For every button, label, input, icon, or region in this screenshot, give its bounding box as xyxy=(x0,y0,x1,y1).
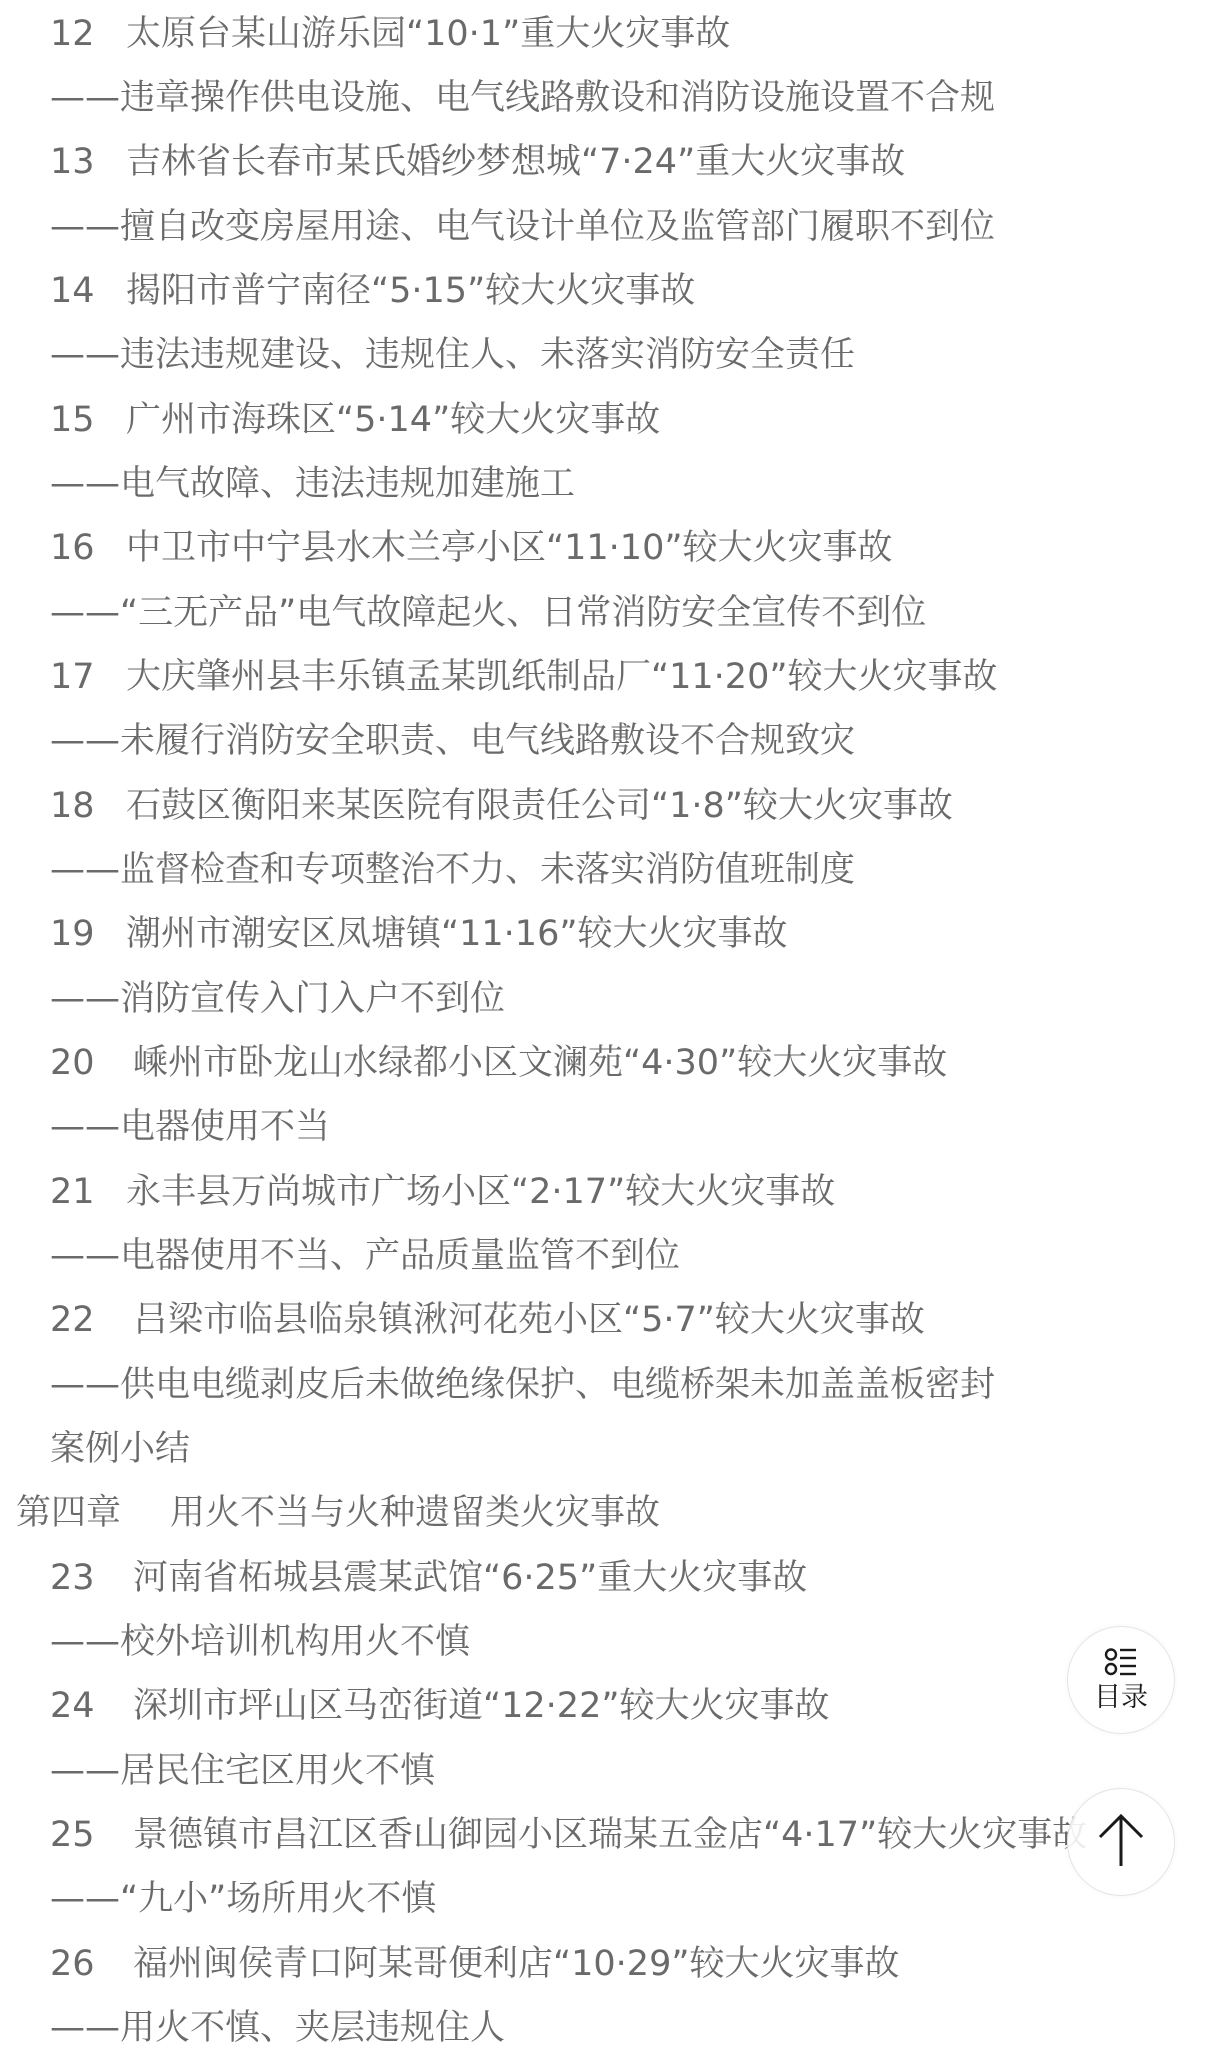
cause-text: ——电器使用不当 xyxy=(50,1095,330,1159)
list-icon xyxy=(1104,1647,1138,1681)
cause-text: ——居民住宅区用火不慎 xyxy=(50,1739,435,1803)
cause-text: ——消防宣传入门入户不到位 xyxy=(50,967,505,1031)
back-to-top-button[interactable] xyxy=(1067,1788,1175,1896)
entry-number: 14 xyxy=(50,259,95,323)
entry-title: 永丰县万尚城市广场小区“2·17”较大火灾事故 xyxy=(126,1160,835,1224)
entry-title: 嵊州市卧龙山水绿都小区文澜苑“4·30”较大火灾事故 xyxy=(133,1031,947,1095)
cause-text: ——电气故障、违法违规加建施工 xyxy=(50,452,575,516)
entry-title: 深圳市坪山区马峦街道“12·22”较大火灾事故 xyxy=(133,1674,829,1738)
entry-number: 15 xyxy=(50,388,95,452)
entry-title: 景德镇市昌江区香山御园小区瑞某五金店“4·17”较大火灾事故 xyxy=(133,1803,1087,1867)
cause-text: ——校外培训机构用火不慎 xyxy=(50,1610,470,1674)
entry-title: 吉林省长春市某氏婚纱梦想城“7·24”重大火灾事故 xyxy=(126,130,905,194)
entry-title: 揭阳市普宁南径“5·15”较大火灾事故 xyxy=(126,259,695,323)
arrow-up-icon xyxy=(1096,1812,1146,1872)
chapter-title: 用火不当与火种遗留类火灾事故 xyxy=(170,1481,660,1545)
entry-number: 25 xyxy=(50,1803,95,1867)
cause-text: ——用火不慎、夹层违规住人 xyxy=(50,1996,505,2052)
entry-title: 潮州市潮安区凤塘镇“11·16”较大火灾事故 xyxy=(126,902,787,966)
entry-number: 22 xyxy=(50,1288,95,1352)
entry-title: 河南省柘城县震某武馆“6·25”重大火灾事故 xyxy=(133,1546,807,1610)
cause-text: ——供电电缆剥皮后未做绝缘保护、电缆桥架未加盖盖板密封 xyxy=(50,1353,995,1417)
entry-title: 石鼓区衡阳来某医院有限责任公司“1·8”较大火灾事故 xyxy=(126,774,953,838)
entry-number: 12 xyxy=(50,2,95,66)
entry-title: 吕梁市临县临泉镇湫河花苑小区“5·7”较大火灾事故 xyxy=(133,1288,925,1352)
entry-title: 福州闽侯青口阿某哥便利店“10·29”较大火灾事故 xyxy=(133,1932,899,1996)
summary-label: 案例小结 xyxy=(50,1417,190,1481)
cause-text: ——“九小”场所用火不慎 xyxy=(50,1867,436,1931)
cause-text: ——电器使用不当、产品质量监管不到位 xyxy=(50,1224,680,1288)
entry-number: 23 xyxy=(50,1546,95,1610)
toc-button[interactable]: 目录 xyxy=(1067,1626,1175,1734)
entry-title: 中卫市中宁县水木兰亭小区“11·10”较大火灾事故 xyxy=(126,516,892,580)
entry-number: 26 xyxy=(50,1932,95,1996)
entry-number: 20 xyxy=(50,1031,95,1095)
cause-text: ——违章操作供电设施、电气线路敷设和消防设施设置不合规 xyxy=(50,66,995,130)
entry-number: 16 xyxy=(50,516,95,580)
chapter-label: 第四章 xyxy=(16,1481,121,1545)
cause-text: ——违法违规建设、违规住人、未落实消防安全责任 xyxy=(50,323,855,387)
entry-number: 18 xyxy=(50,774,95,838)
entry-number: 19 xyxy=(50,902,95,966)
entry-number: 17 xyxy=(50,645,95,709)
cause-text: ——监督检查和专项整治不力、未落实消防值班制度 xyxy=(50,838,855,902)
cause-text: ——擅自改变房屋用途、电气设计单位及监管部门履职不到位 xyxy=(50,195,995,259)
entry-number: 13 xyxy=(50,130,95,194)
entry-title: 太原台某山游乐园“10·1”重大火灾事故 xyxy=(126,2,730,66)
entry-number: 21 xyxy=(50,1160,95,1224)
entry-number: 24 xyxy=(50,1674,95,1738)
cause-text: ——未履行消防安全职责、电气线路敷设不合规致灾 xyxy=(50,709,855,773)
toc-button-label: 目录 xyxy=(1094,1683,1148,1713)
entry-title: 广州市海珠区“5·14”较大火灾事故 xyxy=(126,388,660,452)
cause-text: ——“三无产品”电气故障起火、日常消防安全宣传不到位 xyxy=(50,581,926,645)
entry-title: 大庆肇州县丰乐镇孟某凯纸制品厂“11·20”较大火灾事故 xyxy=(126,645,997,709)
